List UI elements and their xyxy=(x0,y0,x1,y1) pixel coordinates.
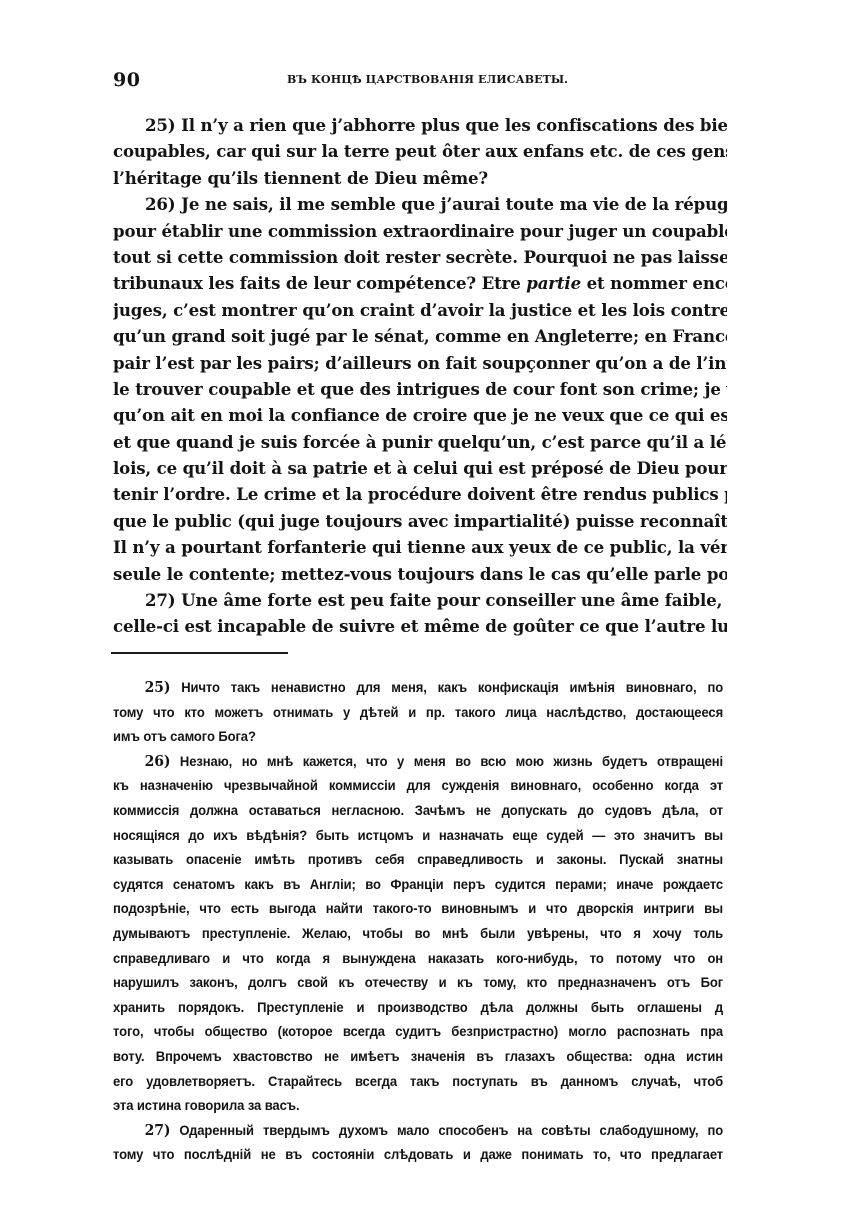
text-line: que le public (qui juge toujours avec im… xyxy=(113,508,727,534)
text-segment: tribunaux les faits de leur compétence? … xyxy=(113,273,526,293)
footnote-line: эта истина говорила за васъ. xyxy=(113,1093,723,1118)
text-line-with-italic: tribunaux les faits de leur compétence? … xyxy=(113,270,727,296)
footnote-line: коммиссія должна оставаться негласною. З… xyxy=(113,798,723,823)
text-line: tenir l’ordre. Le crime et la procédure … xyxy=(113,481,727,507)
footnote-line: подозрѣніе, что есть выгода найти такого… xyxy=(113,896,723,921)
footnote-line: хранить порядокъ. Преступленіе и произво… xyxy=(113,995,723,1020)
footnote-line: думываютъ преступленіе. Желаю, чтобы во … xyxy=(113,921,723,946)
text-line: coupables, car qui sur la terre peut ôte… xyxy=(113,138,727,164)
footnote-separator-rule xyxy=(111,652,288,654)
footnote-line: судятся сенатомъ какъ въ Англіи; во Фран… xyxy=(113,872,723,897)
text-line: 25) Il n’y a rien que j’abhorre plus que… xyxy=(113,112,727,138)
text-line: le trouver coupable et que des intrigues… xyxy=(113,376,727,402)
footnote-line: того, чтобы общество (которое всегда суд… xyxy=(113,1019,723,1044)
text-line: juges, c’est montrer qu’on craint d’avoi… xyxy=(113,297,727,323)
footnote-number: 26) xyxy=(145,752,171,770)
footnote-text: Ничто такъ ненавистно для меня, какъ кон… xyxy=(181,679,723,695)
text-line: qu’un grand soit jugé par le sénat, comm… xyxy=(113,323,727,349)
footnote-line: тому что послѣдній не въ состояніи слѣдо… xyxy=(113,1142,723,1167)
footnote-number: 25) xyxy=(145,678,171,696)
footnote-line: къ назначенію чрезвычайной коммиссіи для… xyxy=(113,773,723,798)
main-text-french: 25) Il n’y a rien que j’abhorre plus que… xyxy=(113,112,727,640)
text-line: 27) Une âme forte est peu faite pour con… xyxy=(113,587,727,613)
footnote-text: Одаренный твердымъ духомъ мало способенъ… xyxy=(179,1122,723,1138)
footnote-line: нарушилъ законъ, долгъ свой къ отечеству… xyxy=(113,970,723,995)
footnote-line: носящіяся до ихъ вѣдѣнія? быть истцомъ и… xyxy=(113,823,723,848)
footnote-line: 26) Незнаю, но мнѣ кажется, что у меня в… xyxy=(113,749,723,774)
text-segment: et nommer encore le xyxy=(581,273,727,293)
text-line: seule le contente; mettez-vous toujours … xyxy=(113,561,727,587)
book-page: 90 ВЪ КОНЦѢ ЦАРСТВОВАНІЯ ЕЛИСАВЕТЫ. 25) … xyxy=(0,0,843,1218)
footnote-line: тому что кто можетъ отнимать у дѣтей и п… xyxy=(113,700,723,725)
footnote-line: его удовлетворяетъ. Старайтесь всегда та… xyxy=(113,1069,723,1094)
running-head: ВЪ КОНЦѢ ЦАРСТВОВАНІЯ ЕЛИСАВЕТЫ. xyxy=(287,73,557,86)
text-line: 26) Je ne sais, il me semble que j’aurai… xyxy=(113,191,727,217)
text-line: lois, ce qu’il doit à sa patrie et à cel… xyxy=(113,455,727,481)
text-line: et que quand je suis forcée à punir quel… xyxy=(113,429,727,455)
text-line: celle-ci est incapable de suivre et même… xyxy=(113,613,727,639)
footnote-line: имъ отъ самого Бога? xyxy=(113,724,723,749)
footnote-number: 27) xyxy=(145,1121,171,1139)
footnotes-russian: 25) Ничто такъ ненавистно для меня, какъ… xyxy=(113,675,723,1167)
footnote-line: справедливаго и что когда я вынуждена на… xyxy=(113,946,723,971)
text-line: tout si cette commission doit rester sec… xyxy=(113,244,727,270)
text-line: pour établir une commission extraordinai… xyxy=(113,218,727,244)
footnote-line: 25) Ничто такъ ненавистно для меня, какъ… xyxy=(113,675,723,700)
text-line: l’héritage qu’ils tiennent de Dieu même? xyxy=(113,165,727,191)
footnote-line: 27) Одаренный твердымъ духомъ мало спосо… xyxy=(113,1118,723,1143)
text-line: qu’on ait en moi la confiance de croire … xyxy=(113,402,727,428)
footnote-line: воту. Впрочемъ хвастовство не имѣетъ зна… xyxy=(113,1044,723,1069)
page-number: 90 xyxy=(113,70,140,90)
text-line: Il n’y a pourtant forfanterie qui tienne… xyxy=(113,534,727,560)
text-line: pair l’est par les pairs; d’ailleurs on … xyxy=(113,350,727,376)
italic-word: partie xyxy=(526,273,581,293)
footnote-line: казывать опасеніе имѣть противъ себя спр… xyxy=(113,847,723,872)
footnote-text: Незнаю, но мнѣ кажется, что у меня во вс… xyxy=(180,753,723,769)
